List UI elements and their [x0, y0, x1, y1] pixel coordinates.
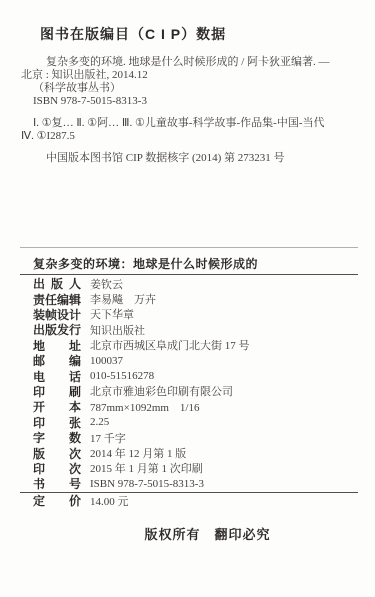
- row-value: 知识出版社: [90, 322, 145, 338]
- row-value: 2015 年 1 月第 1 次印刷: [90, 460, 203, 476]
- table-row: 邮编 100037: [33, 353, 358, 368]
- row-value: ISBN 978-7-5015-8313-3: [90, 478, 204, 490]
- table-row: 开本 787mm×1092mm 1/16: [33, 399, 358, 414]
- cip-record-line: 北京 : 知识出版社, 2014.12: [21, 69, 148, 82]
- row-value: 北京市西城区阜成门北大街 17 号: [90, 337, 250, 353]
- cip-record-line: 复杂多变的环境. 地球是什么时候形成的 / 阿卡狄亚编著. —: [46, 56, 330, 69]
- table-row: 印张 2.25: [33, 415, 358, 430]
- cip-isbn-line: ISBN 978-7-5015-8313-3: [33, 95, 147, 108]
- row-value: 2014 年 12 月第 1 版: [90, 445, 186, 461]
- row-value: 14.00 元: [90, 493, 129, 509]
- book-title: 复杂多变的环境：地球是什么时候形成的: [33, 255, 258, 272]
- copyright-notice: 版权所有 翻印必究: [20, 524, 375, 543]
- table-row: 地址 北京市西城区阜成门北大街 17 号: [33, 338, 358, 353]
- table-row: 版次 2014 年 12 月第 1 版: [33, 445, 358, 460]
- table-row: 印刷 北京市雅迪彩色印刷有限公司: [33, 384, 358, 399]
- cip-registry-line: 中国版本图书馆 CIP 数据核字 (2014) 第 273231 号: [46, 152, 285, 165]
- table-row: 装帧设计 天下华章: [33, 307, 358, 322]
- row-label: 定价: [33, 492, 81, 509]
- colophon-table: 出版人 姜钦云 责任编辑 李易飚 万卉 装帧设计 天下华章 出版发行 知识出版社…: [33, 276, 358, 491]
- cip-classification-line: Ⅳ. ①I287.5: [21, 130, 75, 143]
- table-row: 出版人 姜钦云: [33, 276, 358, 291]
- divider: [20, 247, 358, 248]
- table-row: 书号 ISBN 978-7-5015-8313-3: [33, 476, 358, 491]
- table-row: 出版发行 知识出版社: [33, 322, 358, 337]
- row-value: 17 千字: [90, 430, 126, 446]
- row-value: 姜钦云: [90, 276, 123, 292]
- row-value: 北京市雅迪彩色印刷有限公司: [90, 383, 233, 399]
- row-value: 2.25: [90, 416, 109, 428]
- row-value: 787mm×1092mm 1/16: [90, 399, 199, 415]
- row-label: 书号: [33, 475, 81, 492]
- price-row: 定价 14.00 元: [33, 493, 358, 508]
- cip-series-line: （科学故事丛书）: [33, 82, 121, 95]
- row-value: 100037: [90, 355, 123, 367]
- row-value: 010-51516278: [90, 370, 154, 382]
- table-row: 电话 010-51516278: [33, 368, 358, 383]
- cip-heading: 图书在版编目（C I P）数据: [40, 24, 226, 44]
- table-row: 责任编辑 李易飚 万卉: [33, 291, 358, 306]
- table-row: 字数 17 千字: [33, 430, 358, 445]
- copyright-page: 图书在版编目（C I P）数据 复杂多变的环境. 地球是什么时候形成的 / 阿卡…: [0, 0, 375, 597]
- cip-classification-line: Ⅰ. ①复… Ⅱ. ①阿… Ⅲ. ①儿童故事-科学故事-作品集-中国-当代: [33, 117, 324, 130]
- row-value: 李易飚 万卉: [90, 291, 156, 307]
- row-value: 天下华章: [90, 306, 134, 322]
- table-row: 印次 2015 年 1 月第 1 次印刷: [33, 461, 358, 476]
